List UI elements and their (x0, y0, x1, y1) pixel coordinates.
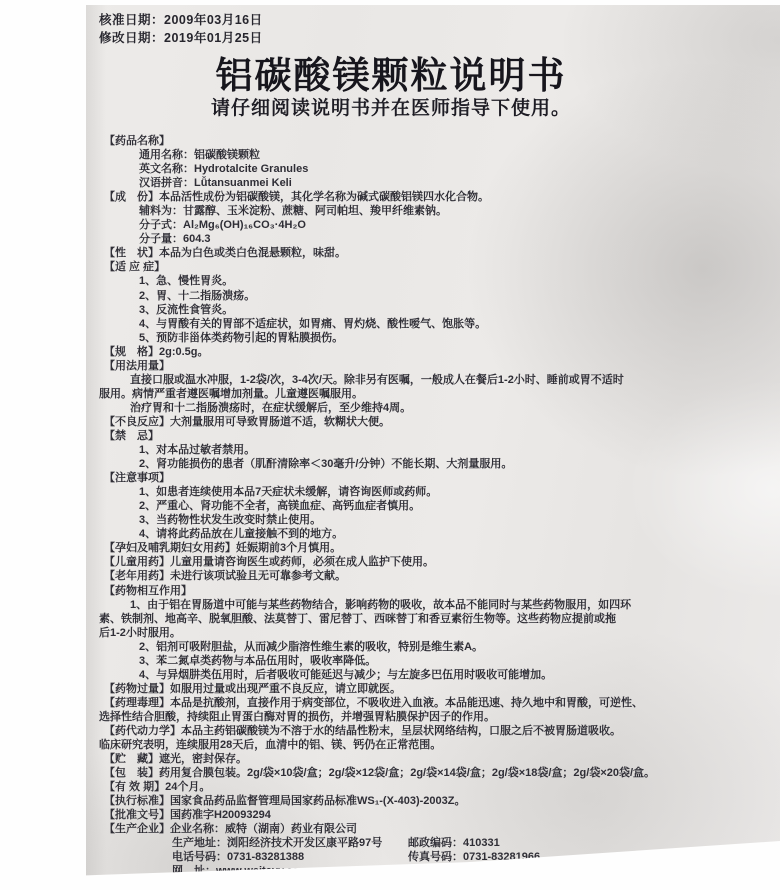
text-line: 【药理毒理】本品是抗酸剂，直接作用于病变部位，不吸收进入血液。本品能迅速、持久地… (99, 696, 771, 710)
text-line: 3、反流性食管炎。 (99, 303, 771, 317)
text-line: 【儿童用药】儿童用量请咨询医生或药师，必须在成人监护下使用。 (99, 555, 771, 569)
text-line: 【批准文号】国药准字H20093294 (99, 808, 771, 822)
text-line: 【规 格】2g:0.5g。 (99, 345, 771, 359)
line-text: 生产地址：浏阳经济技术开发区康平路97号 (172, 837, 382, 849)
line-text: 电话号码：0731-83281388 (172, 851, 304, 863)
leaflet-body: 【药品名称】通用名称：铝碳酸镁颗粒英文名称：Hydrotalcite Granu… (99, 134, 771, 878)
line-text: 【生产企业】企业名称：威特（湖南）药业有限公司 (104, 823, 357, 835)
text-line: 4、与异烟肼类伍用时，后者吸收可能延迟与减少；与左旋多巴伍用时吸收可能增加。 (99, 668, 771, 682)
line-text: 2、铝剂可吸附胆盐，从而减少脂溶性维生素的吸收，特别是维生素A。 (139, 641, 483, 653)
text-line: 【执行标准】国家食品药品监督管理局国家药品标准WS₁-(X-403)-2003Z… (99, 794, 771, 808)
leaflet-paper: 核准日期：2009年03月16日 修改日期：2019年01月25日 铝碳酸镁颗粒… (86, 5, 780, 885)
line-text: 【孕妇及哺乳期妇女用药】妊娠期前3个月慎用。 (104, 542, 341, 554)
line-text: 临床研究表明，连续服用28天后，血清中的铝、镁、钙仍在正常范围。 (99, 739, 441, 751)
line-text: 【儿童用药】儿童用量请咨询医生或药师，必须在成人监护下使用。 (104, 556, 434, 568)
line-text: 【禁 忌】 (104, 430, 159, 442)
line-text: 后1-2小时服用。 (99, 627, 181, 639)
line-text: 3、当药物性状发生改变时禁止使用。 (139, 514, 321, 526)
text-line: 【生产企业】企业名称：威特（湖南）药业有限公司 (99, 822, 771, 836)
line-text: 5、预防非甾体类药物引起的胃粘膜损伤。 (139, 332, 343, 344)
text-line: 【药物相互作用】 (99, 584, 771, 598)
line-text: 3、反流性食管炎。 (139, 304, 233, 316)
line-text: 选择性结合胆酸，持续阻止胃蛋白酶对胃的损伤，并增强胃粘膜保护因子的作用。 (99, 711, 495, 723)
text-line: 【成 份】本品活性成份为铝碳酸镁，其化学名称为碱式碳酸铝镁四水化合物。 (99, 190, 771, 204)
line-text: 1、由于铝在胃肠道中可能与某些药物结合，影响药物的吸收，故本品不能同时与某些药物… (130, 599, 631, 611)
usage-notice: 请仔细阅读说明书并在医师指导下使用。 (86, 93, 696, 120)
approval-date-value: 2009年03月16日 (164, 13, 263, 27)
text-line: 2、铝剂可吸附胆盐，从而减少脂溶性维生素的吸收，特别是维生素A。 (99, 640, 771, 654)
text-line: 分子量：604.3 (99, 232, 771, 246)
line-text: 【包 装】药用复合膜包装。2g/袋×10袋/盒；2g/袋×12袋/盒；2g/袋×… (104, 767, 655, 779)
text-line: 生产地址：浏阳经济技术开发区康平路97号邮政编码：410331 (99, 836, 771, 850)
text-line: 【药物过量】如服用过量或出现严重不良反应，请立即就医。 (99, 682, 771, 696)
line-text: 【执行标准】国家食品药品监督管理局国家药品标准WS₁-(X-403)-2003Z… (104, 795, 465, 807)
line-text: 2、肾功能损伤的患者（肌酐清除率＜30毫升/分钟）不能长期、大剂量服用。 (139, 458, 512, 470)
text-line: 2、胃、十二指肠溃疡。 (99, 289, 771, 303)
line-text: 【性 状】本品为白色或类白色混悬颗粒，味甜。 (104, 247, 346, 259)
text-line: 汉语拼音：Lǚtansuanmei Keli (99, 176, 771, 190)
line-text: 【不良反应】大剂量服用可导致胃肠道不适，软糊状大便。 (104, 416, 390, 428)
text-line: 【用法用量】 (99, 359, 771, 373)
line-text: 【适 应 症】 (104, 261, 165, 273)
text-line: 直接口服或温水冲服，1-2袋/次，3-4次/天。除非另有医嘱，一般成人在餐后1-… (99, 373, 771, 387)
approval-date-line: 核准日期：2009年03月16日 (99, 12, 263, 30)
text-line: 1、如患者连续使用本品7天症状未缓解，请咨询医师或药师。 (99, 485, 771, 499)
line-text: 【批准文号】国药准字H20093294 (104, 809, 271, 821)
line-text: 1、对本品过敏者禁用。 (139, 444, 255, 456)
line-text: 治疗胃和十二指肠溃疡时，在症状缓解后，至少维持4周。 (130, 402, 411, 414)
line-text: 服用。病情严重者遵医嘱增加剂量。儿童遵医嘱服用。 (99, 388, 363, 400)
text-line: 通用名称：铝碳酸镁颗粒 (99, 148, 771, 162)
text-line: 选择性结合胆酸，持续阻止胃蛋白酶对胃的损伤，并增强胃粘膜保护因子的作用。 (99, 710, 771, 724)
line-right-text: 传真号码：0731-83281966 (408, 850, 540, 864)
text-line: 【禁 忌】 (99, 429, 771, 443)
line-text: 【规 格】2g:0.5g。 (104, 346, 209, 358)
text-line: 素、铁制剂、地高辛、脱氧胆酸、法莫替丁、雷尼替丁、西咪替丁和香豆素衍生物等。这些… (99, 612, 771, 626)
line-text: 3、苯二氮卓类药物与本品伍用时，吸收率降低。 (139, 655, 376, 667)
text-line: 治疗胃和十二指肠溃疡时，在症状缓解后，至少维持4周。 (99, 401, 771, 415)
text-line: 2、肾功能损伤的患者（肌酐清除率＜30毫升/分钟）不能长期、大剂量服用。 (99, 457, 771, 471)
revision-date-label: 修改日期： (99, 31, 164, 45)
line-text: 【用法用量】 (104, 360, 170, 372)
line-text: 分子量：604.3 (139, 233, 211, 245)
line-text: 【有 效 期】24个月。 (104, 781, 210, 793)
text-line: 4、与胃酸有关的胃部不适症状，如胃痛、胃灼烧、酸性嗳气、饱胀等。 (99, 317, 771, 331)
line-text: 【药代动力学】本品主药铝碳酸镁为不溶于水的结晶性粉末，呈层状网络结构，口服之后不… (104, 725, 621, 737)
line-text: 【药物过量】如服用过量或出现严重不良反应，请立即就医。 (104, 683, 401, 695)
line-text: 1、如患者连续使用本品7天症状未缓解，请咨询医师或药师。 (139, 486, 437, 498)
text-line: 4、请将此药品放在儿童接触不到的地方。 (99, 527, 771, 541)
line-text: 【药理毒理】本品是抗酸剂，直接作用于病变部位，不吸收进入血液。本品能迅速、持久地… (104, 697, 643, 709)
line-text: 4、与胃酸有关的胃部不适症状，如胃痛、胃灼烧、酸性嗳气、饱胀等。 (139, 318, 486, 330)
line-text: 分子式：Al₂Mg₆(OH)₁₆CO₃·4H₂O (139, 219, 306, 231)
line-text: 英文名称：Hydrotalcite Granules (139, 163, 308, 175)
approval-date-label: 核准日期： (99, 13, 164, 27)
text-line: 【注意事项】 (99, 471, 771, 485)
line-text: 【成 份】本品活性成份为铝碳酸镁，其化学名称为碱式碳酸铝镁四水化合物。 (104, 191, 489, 203)
line-text: 素、铁制剂、地高辛、脱氧胆酸、法莫替丁、雷尼替丁、西咪替丁和香豆素衍生物等。这些… (99, 613, 616, 625)
text-line: 英文名称：Hydrotalcite Granules (99, 162, 771, 176)
text-line: 【有 效 期】24个月。 (99, 780, 771, 794)
line-text: 【贮 藏】遮光，密封保存。 (104, 753, 247, 765)
line-text: 2、严重心、肾功能不全者，高镁血症、高钙血症者慎用。 (139, 500, 420, 512)
text-line: 辅料为：甘露醇、玉米淀粉、蔗糖、阿司帕坦、羧甲纤维素钠。 (99, 204, 771, 218)
line-right-text: 邮政编码：410331 (408, 836, 500, 850)
text-line: 电话号码：0731-83281388传真号码：0731-83281966 (99, 850, 771, 864)
line-text: 汉语拼音：Lǚtansuanmei Keli (139, 177, 292, 189)
line-text: 2、胃、十二指肠溃疡。 (139, 290, 255, 302)
text-line: 【药品名称】 (99, 134, 771, 148)
text-line: 3、当药物性状发生改变时禁止使用。 (99, 513, 771, 527)
text-line: 网 址：www.weiteyy.com (99, 864, 771, 878)
text-line: 5、预防非甾体类药物引起的胃粘膜损伤。 (99, 331, 771, 345)
text-line: 【不良反应】大剂量服用可导致胃肠道不适，软糊状大便。 (99, 415, 771, 429)
line-text: 【注意事项】 (104, 472, 170, 484)
line-text: 【药品名称】 (104, 135, 170, 147)
text-line: 【性 状】本品为白色或类白色混悬颗粒，味甜。 (99, 246, 771, 260)
text-line: 临床研究表明，连续服用28天后，血清中的铝、镁、钙仍在正常范围。 (99, 738, 771, 752)
text-line: 【贮 藏】遮光，密封保存。 (99, 752, 771, 766)
text-line: 【适 应 症】 (99, 260, 771, 274)
text-line: 服用。病情严重者遵医嘱增加剂量。儿童遵医嘱服用。 (99, 387, 771, 401)
line-text: 通用名称：铝碳酸镁颗粒 (139, 149, 260, 161)
text-line: 【包 装】药用复合膜包装。2g/袋×10袋/盒；2g/袋×12袋/盒；2g/袋×… (99, 766, 771, 780)
line-text: 辅料为：甘露醇、玉米淀粉、蔗糖、阿司帕坦、羧甲纤维素钠。 (139, 205, 447, 217)
photo-background: 核准日期：2009年03月16日 修改日期：2019年01月25日 铝碳酸镁颗粒… (0, 0, 780, 890)
line-text: 4、与异烟肼类伍用时，后者吸收可能延迟与减少；与左旋多巴伍用时吸收可能增加。 (139, 669, 552, 681)
text-line: 1、由于铝在胃肠道中可能与某些药物结合，影响药物的吸收，故本品不能同时与某些药物… (99, 598, 771, 612)
text-line: 3、苯二氮卓类药物与本品伍用时，吸收率降低。 (99, 654, 771, 668)
page-title: 铝碳酸镁颗粒说明书 (86, 45, 696, 99)
line-text: 【老年用药】未进行该项试验且无可靠参考文献。 (104, 570, 346, 582)
line-text: 1、急、慢性胃炎。 (139, 275, 233, 287)
line-text: 直接口服或温水冲服，1-2袋/次，3-4次/天。除非另有医嘱，一般成人在餐后1-… (130, 374, 624, 386)
text-line: 【药代动力学】本品主药铝碳酸镁为不溶于水的结晶性粉末，呈层状网络结构，口服之后不… (99, 724, 771, 738)
revision-date-value: 2019年01月25日 (164, 31, 263, 45)
text-line: 后1-2小时服用。 (99, 626, 771, 640)
text-line: 【孕妇及哺乳期妇女用药】妊娠期前3个月慎用。 (99, 541, 771, 555)
date-block: 核准日期：2009年03月16日 修改日期：2019年01月25日 (99, 12, 263, 47)
line-text: 【药物相互作用】 (104, 585, 192, 597)
text-line: 2、严重心、肾功能不全者，高镁血症、高钙血症者慎用。 (99, 499, 771, 513)
text-line: 【老年用药】未进行该项试验且无可靠参考文献。 (99, 569, 771, 583)
line-text: 网 址：www.weiteyy.com (172, 865, 309, 877)
line-text: 4、请将此药品放在儿童接触不到的地方。 (139, 528, 343, 540)
text-line: 1、急、慢性胃炎。 (99, 274, 771, 288)
text-line: 分子式：Al₂Mg₆(OH)₁₆CO₃·4H₂O (99, 218, 771, 232)
text-line: 1、对本品过敏者禁用。 (99, 443, 771, 457)
